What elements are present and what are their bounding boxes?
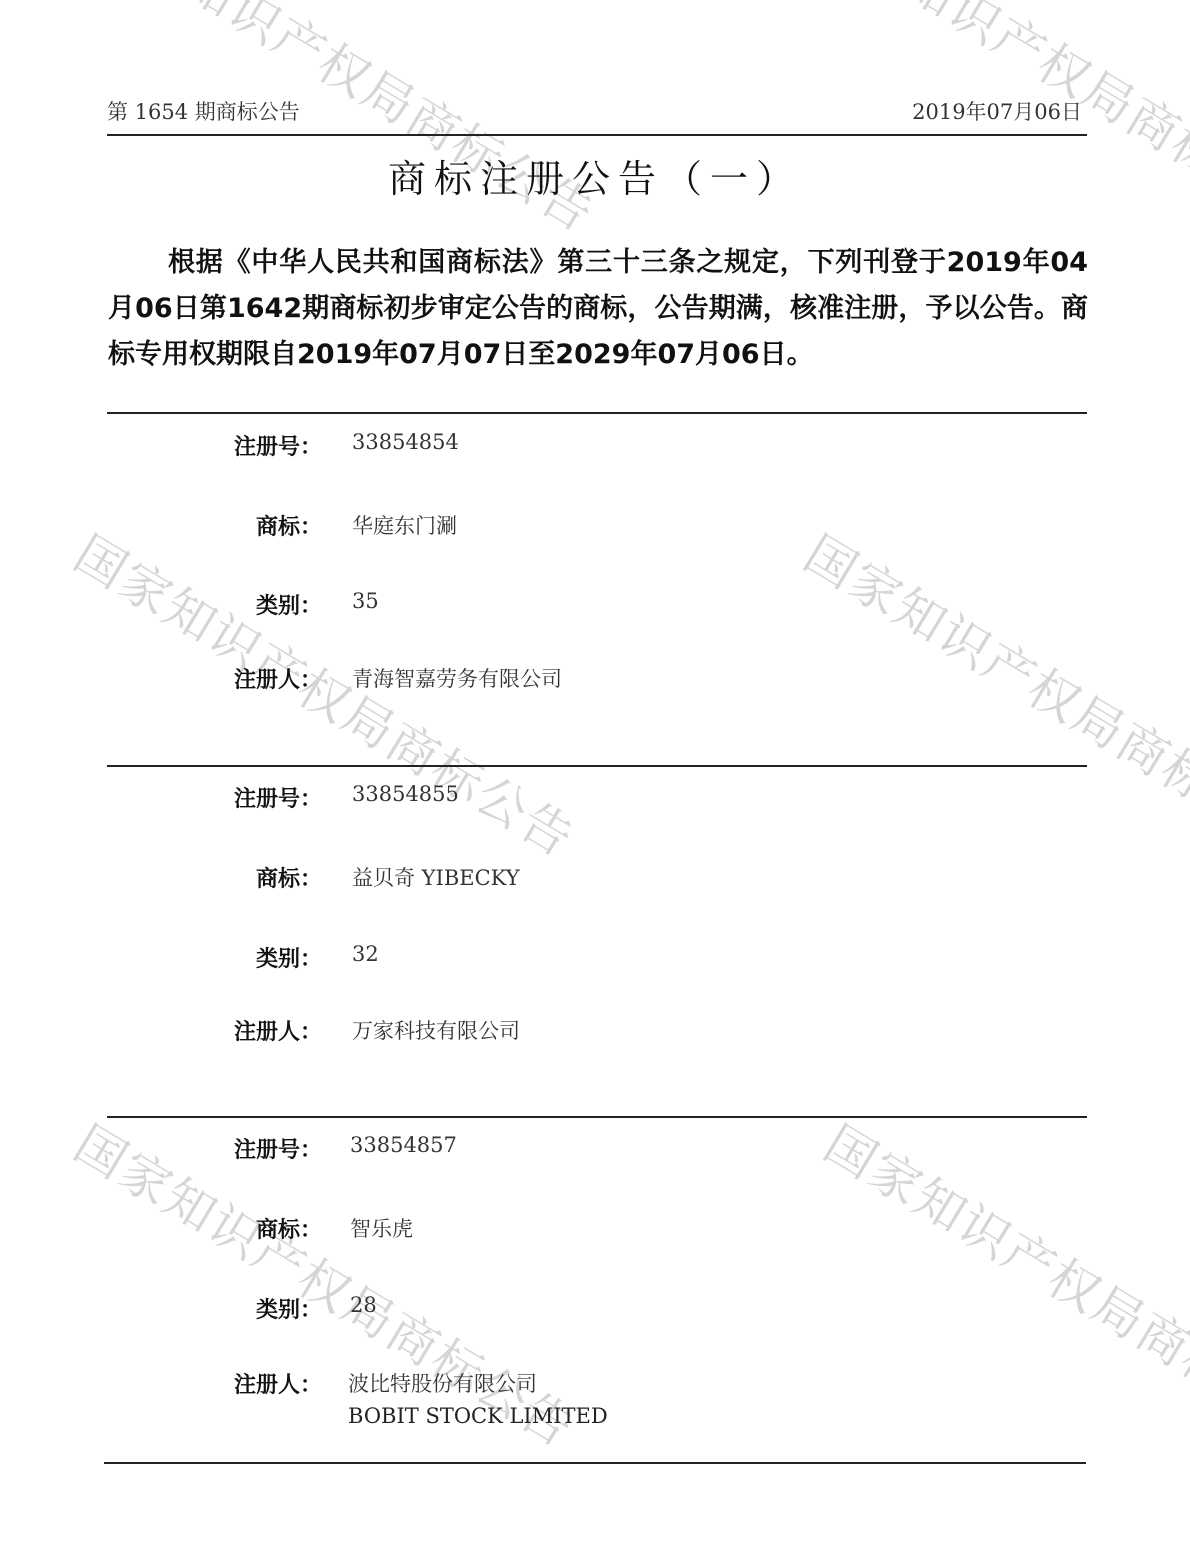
document-page: 第 1654 期商标公告 2019年07月06日 商标注册公告（一） 根据《中华… [0,0,1190,1564]
announcement-intro: 根据《中华人民共和国商标法》第三十三条之规定，下列刊登于2019年04月06日第… [108,240,1088,378]
header-divider [107,134,1087,136]
class-label: 类别： [256,589,322,620]
class-value: 35 [352,589,379,613]
class-value: 32 [352,942,379,966]
reg-no-label: 注册号： [234,1133,322,1164]
mark-label: 商标： [256,510,322,541]
reg-no-value: 33854854 [352,430,459,454]
registrant-value: 波比特股份有限公司 [348,1368,537,1398]
mark-label: 商标： [256,1213,322,1244]
reg-no-label: 注册号： [234,782,322,813]
section-divider [107,765,1087,767]
page-title: 商标注册公告（一） [0,148,1190,203]
mark-label: 商标： [256,862,322,893]
registrant-english-value: BOBIT STOCK LIMITED [348,1404,608,1428]
mark-value: 智乐虎 [350,1213,413,1243]
issue-number: 第 1654 期商标公告 [107,96,300,126]
registrant-label: 注册人： [234,1368,322,1399]
registrant-value: 青海智嘉劳务有限公司 [352,663,562,693]
mark-value: 华庭东门涮 [352,510,457,540]
registrant-label: 注册人： [234,1015,322,1046]
section-divider [107,1116,1087,1118]
reg-no-value: 33854855 [352,782,459,806]
registrant-value: 万家科技有限公司 [352,1015,520,1045]
section-divider [104,1462,1086,1464]
section-divider [107,412,1087,414]
class-label: 类别： [256,942,322,973]
class-value: 28 [350,1293,377,1317]
reg-no-label: 注册号： [234,430,322,461]
mark-value: 益贝奇 YIBECKY [352,862,520,892]
registrant-label: 注册人： [234,663,322,694]
class-label: 类别： [256,1293,322,1324]
reg-no-value: 33854857 [350,1133,457,1157]
issue-date: 2019年07月06日 [912,96,1082,126]
